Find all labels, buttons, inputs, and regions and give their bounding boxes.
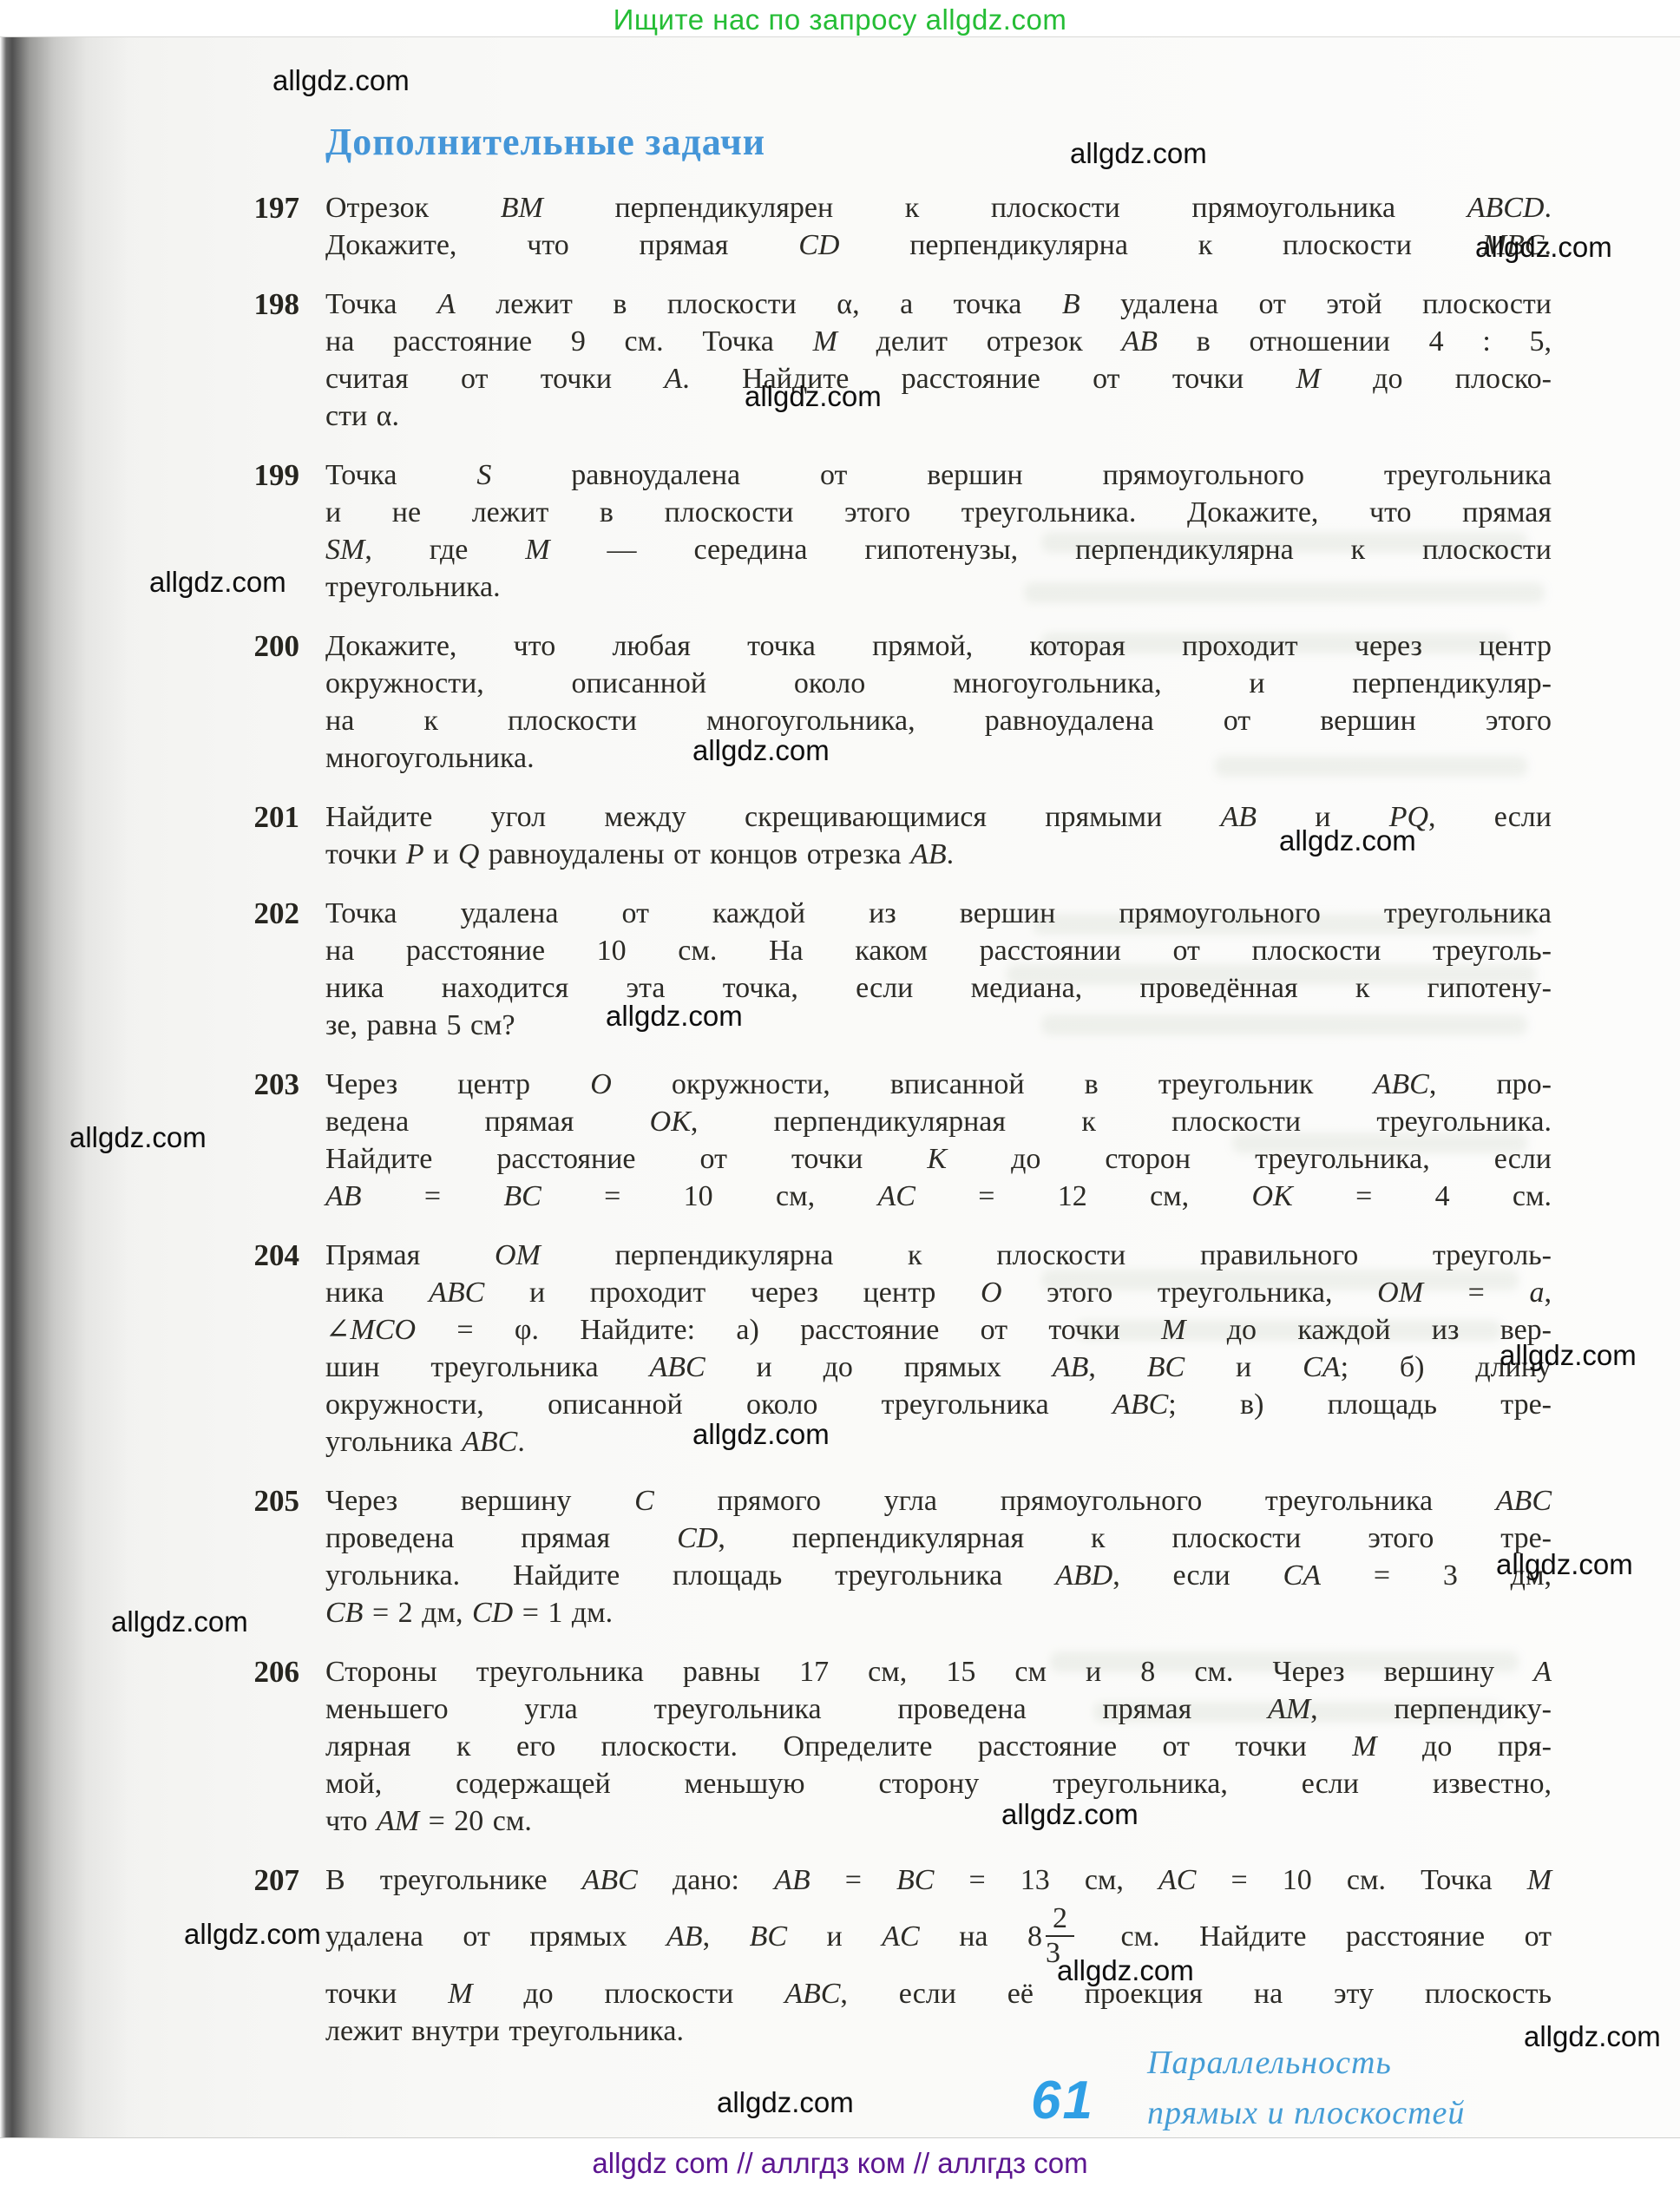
problem-number: 197	[234, 189, 299, 264]
problem-text: Через вершину C прямого угла прямоугольн…	[325, 1482, 1552, 1631]
text-line: угольника. Найдите площадь треугольника …	[325, 1557, 1552, 1594]
text-line: проведена прямая CD, перпендикулярная к …	[325, 1520, 1552, 1557]
text-line: ведена прямая OK, перпендикулярная к пло…	[325, 1103, 1552, 1140]
watermark: allgdz.com	[1070, 137, 1207, 170]
watermark: allgdz.com	[745, 380, 882, 413]
watermark: allgdz.com	[272, 64, 410, 97]
problem-text: Точка A лежит в плоскости α, а точка B у…	[325, 286, 1552, 435]
section-title: Дополнительные задачи	[325, 121, 1552, 163]
promo-banner: Ищите нас по запросу allgdz.com	[0, 3, 1680, 36]
problem-text: В треугольнике ABC дано: AB = BC = 13 см…	[325, 1861, 1552, 2050]
text-line: меньшего угла треугольника проведена пря…	[325, 1690, 1552, 1728]
text-line: Через вершину C прямого угла прямоугольн…	[325, 1482, 1552, 1520]
text-line: и не лежит в плоскости этого треугольник…	[325, 494, 1552, 531]
text-line: CB = 2 дм, CD = 1 дм.	[325, 1594, 1552, 1631]
problem-number: 198	[234, 286, 299, 435]
text-line: многоугольника.	[325, 739, 1552, 777]
text-line: мой, содержащей меньшую сторону треуголь…	[325, 1765, 1552, 1802]
chapter-caption-line2: прямых и плоскостей	[1147, 2088, 1465, 2138]
problem-row: 198Точка A лежит в плоскости α, а точка …	[234, 286, 1552, 435]
watermark: allgdz.com	[184, 1918, 321, 1951]
watermark: allgdz.com	[1057, 1954, 1194, 1987]
problem-text: Стороны треугольника равны 17 см, 15 см …	[325, 1653, 1552, 1840]
watermark: allgdz.com	[111, 1605, 248, 1638]
text-line: точки M до плоскости ABC, если её проекц…	[325, 1975, 1552, 2012]
text-line: В треугольнике ABC дано: AB = BC = 13 см…	[325, 1861, 1552, 1899]
problem-row: 200Докажите, что любая точка прямой, кот…	[234, 627, 1552, 777]
watermark: allgdz.com	[1475, 231, 1612, 264]
site-footer: allgdz com // аллгдз ком // аллгдз com	[0, 2147, 1680, 2180]
watermark: allgdz.com	[692, 1418, 830, 1451]
text-line: Точка S равноудалена от вершин прямоугол…	[325, 456, 1552, 494]
problem-number: 203	[234, 1066, 299, 1215]
text-line: Найдите расстояние от точки K до сторон …	[325, 1140, 1552, 1178]
problem-row: 199Точка S равноудалена от вершин прямоу…	[234, 456, 1552, 606]
text-line: ника находится эта точка, если медиана, …	[325, 969, 1552, 1007]
text-line: лярная к его плоскости. Определите расст…	[325, 1728, 1552, 1765]
text-line: Через центр O окружности, вписанной в тр…	[325, 1066, 1552, 1103]
watermark: allgdz.com	[692, 734, 830, 767]
problem-number: 206	[234, 1653, 299, 1840]
text-line: на расстояние 10 см. На каком расстоянии…	[325, 932, 1552, 969]
watermark: allgdz.com	[149, 566, 286, 599]
problem-number: 201	[234, 798, 299, 873]
problem-number: 204	[234, 1237, 299, 1461]
text-line: зе, равна 5 см?	[325, 1007, 1552, 1044]
watermark: allgdz.com	[69, 1121, 207, 1154]
watermark: allgdz.com	[1524, 2020, 1661, 2053]
text-line: Стороны треугольника равны 17 см, 15 см …	[325, 1653, 1552, 1690]
problem-number: 207	[234, 1861, 299, 2050]
problem-number: 200	[234, 627, 299, 777]
text-line: Отрезок BM перпендикулярен к плоскости п…	[325, 189, 1552, 226]
chapter-caption: Параллельность прямых и плоскостей	[1147, 2038, 1465, 2138]
page-root: Ищите нас по запросу allgdz.com Дополнит…	[0, 0, 1680, 2186]
text-line: считая от точки A. Найдите расстояние от…	[325, 360, 1552, 397]
problem-row: 204Прямая OM перпендикулярна к плоскости…	[234, 1237, 1552, 1461]
problem-text: Точка S равноудалена от вершин прямоугол…	[325, 456, 1552, 606]
problem-row: 197Отрезок BM перпендикулярен к плоскост…	[234, 189, 1552, 264]
problem-number: 202	[234, 895, 299, 1044]
text-line: что AM = 20 см.	[325, 1802, 1552, 1840]
text-line: шин треугольника ABC и до прямых AB, BC …	[325, 1349, 1552, 1386]
watermark: allgdz.com	[1001, 1798, 1139, 1831]
text-line: Докажите, что любая точка прямой, котора…	[325, 627, 1552, 665]
problem-row: 207В треугольнике ABC дано: AB = BC = 13…	[234, 1861, 1552, 2050]
text-line: Точка A лежит в плоскости α, а точка B у…	[325, 286, 1552, 323]
problem-row: 205Через вершину C прямого угла прямоуго…	[234, 1482, 1552, 1631]
problem-text: Прямая OM перпендикулярна к плоскости пр…	[325, 1237, 1552, 1461]
text-line: треугольника.	[325, 568, 1552, 606]
text-line: Докажите, что прямая CD перпендикулярна …	[325, 226, 1552, 264]
text-line: угольника ABC.	[325, 1423, 1552, 1461]
text-line: SM, где M — середина гипотенузы, перпенд…	[325, 531, 1552, 568]
watermark: allgdz.com	[717, 2086, 854, 2119]
text-line: на расстояние 9 см. Точка M делит отрезо…	[325, 323, 1552, 360]
text-line: удалена от прямых AB, BC и AC на 823 см.…	[325, 1899, 1552, 1975]
problems-column: Дополнительные задачи 197Отрезок BM перп…	[234, 121, 1552, 2071]
text-line: сти α.	[325, 397, 1552, 435]
chapter-caption-line1: Параллельность	[1147, 2038, 1465, 2088]
text-line: окружности, описанной около многоугольни…	[325, 665, 1552, 702]
text-line: окружности, описанной около треугольника…	[325, 1386, 1552, 1423]
problems-list: 197Отрезок BM перпендикулярен к плоскост…	[234, 189, 1552, 2050]
book-spine-shadow	[0, 37, 130, 2137]
watermark: allgdz.com	[606, 1000, 743, 1033]
watermark: allgdz.com	[1500, 1339, 1637, 1372]
problem-text: Докажите, что любая точка прямой, котора…	[325, 627, 1552, 777]
problem-row: 202Точка удалена от каждой из вершин пря…	[234, 895, 1552, 1044]
watermark: allgdz.com	[1279, 824, 1416, 857]
text-line: на к плоскости многоугольника, равноудал…	[325, 702, 1552, 739]
text-line: ∠MCO = φ. Найдите: а) расстояние от точк…	[325, 1311, 1552, 1349]
text-line: Точка удалена от каждой из вершин прямоу…	[325, 895, 1552, 932]
text-line: Прямая OM перпендикулярна к плоскости пр…	[325, 1237, 1552, 1274]
watermark: allgdz.com	[1496, 1548, 1633, 1581]
text-line: ника ABC и проходит через центр O этого …	[325, 1274, 1552, 1311]
page-number: 61	[1031, 2070, 1094, 2131]
text-line: AB = BC = 10 см, AC = 12 см, OK = 4 см.	[325, 1178, 1552, 1215]
problem-text: Отрезок BM перпендикулярен к плоскости п…	[325, 189, 1552, 264]
problem-row: 206Стороны треугольника равны 17 см, 15 …	[234, 1653, 1552, 1840]
problem-text: Точка удалена от каждой из вершин прямоу…	[325, 895, 1552, 1044]
problem-row: 203Через центр O окружности, вписанной в…	[234, 1066, 1552, 1215]
problem-text: Через центр O окружности, вписанной в тр…	[325, 1066, 1552, 1215]
